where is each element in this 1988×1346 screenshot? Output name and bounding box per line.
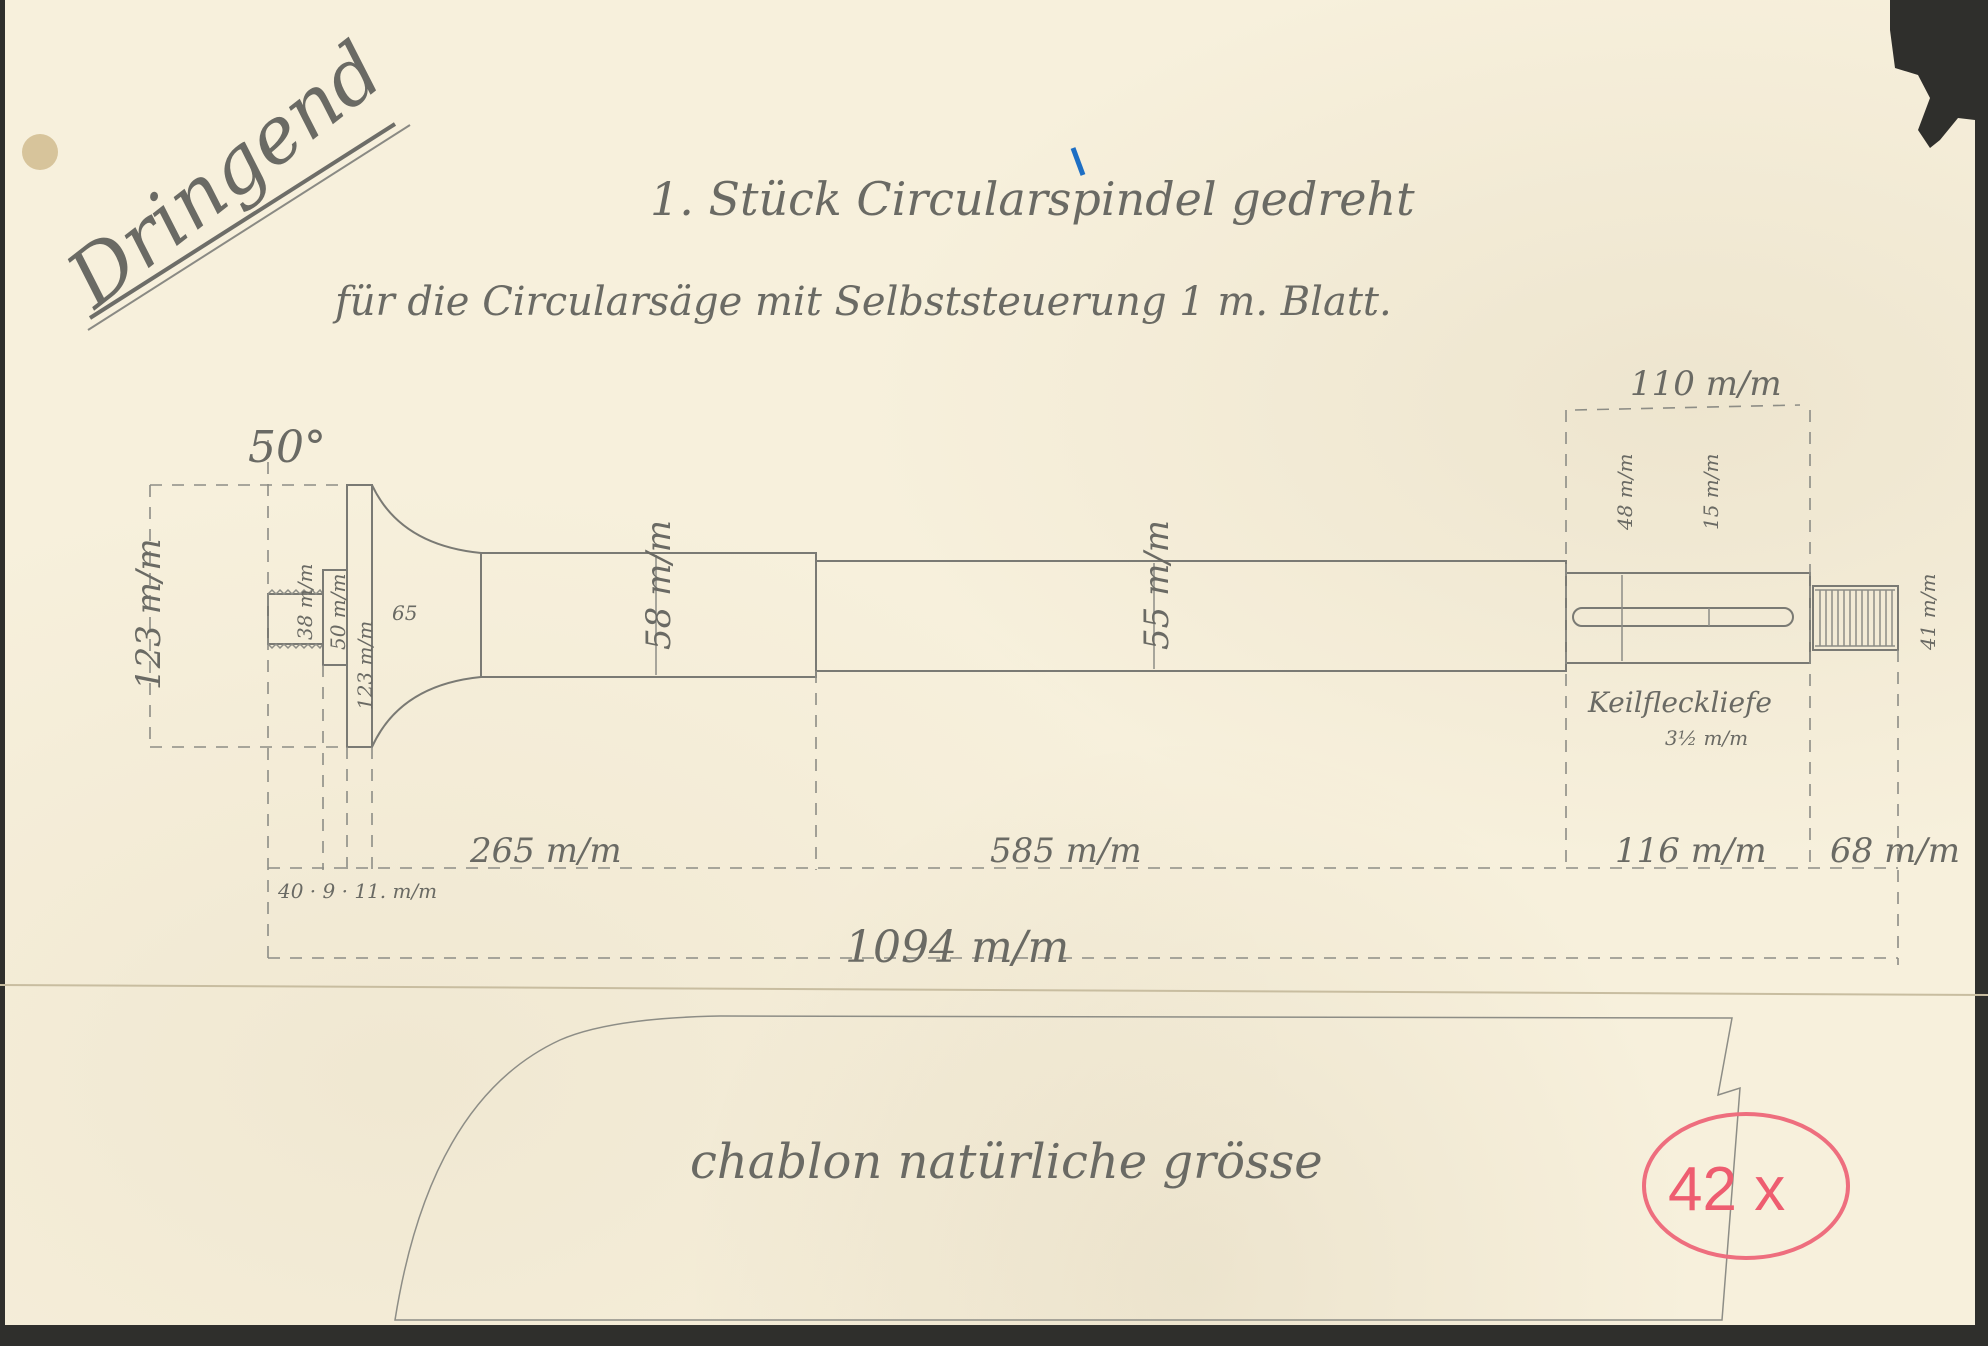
- left-edge-shadow: [0, 0, 5, 1346]
- angle-label: 50°: [248, 422, 326, 473]
- keyway-depth-label: 3½ m/m: [1665, 726, 1748, 750]
- total-length-label: 1094 m/m: [845, 922, 1069, 973]
- torn-corner-top-right: [1890, 0, 1988, 148]
- keyway-slot: [1573, 608, 1793, 626]
- stamp-number: 42 x: [1668, 1155, 1785, 1224]
- right-edge-shadow: [1975, 0, 1988, 1346]
- archive-stamp: 42 x: [1644, 1114, 1848, 1258]
- flange-height-label: 123 m/m: [129, 538, 169, 690]
- length-116-label: 116 m/m: [1615, 831, 1767, 871]
- thread-end-dia-label: 41 m/m: [1916, 574, 1940, 651]
- neck-bottom-curve: [372, 677, 481, 747]
- neck-dia-label: 65: [392, 601, 417, 625]
- hub-dia-label: 50 m/m: [326, 574, 350, 650]
- flange-inner-label: 123 m/m: [353, 621, 377, 710]
- section-55-label: 55 m/m: [1137, 520, 1177, 650]
- thread-dia-label: 38 m/m: [293, 564, 317, 640]
- length-265-label: 265 m/m: [469, 831, 622, 871]
- keyway-note-label: Keilfleckliefe: [1587, 686, 1772, 719]
- blue-mark: [1073, 148, 1083, 175]
- keyway-dia-label: 48 m/m: [1613, 454, 1637, 531]
- technical-drawing: Dringend 1. Stück Circularspindel gedreh…: [0, 0, 1988, 1346]
- length-68-label: 68 m/m: [1830, 831, 1960, 871]
- length-585-label: 585 m/m: [990, 831, 1142, 871]
- keyway-width-label: 15 m/m: [1699, 454, 1723, 530]
- bottom-edge-shadow: [0, 1325, 1988, 1346]
- keyway-section: [1566, 573, 1810, 663]
- drawing-sheet: Dringend 1. Stück Circularspindel gedreh…: [0, 0, 1988, 1346]
- small-lengths-label: 40 · 9 · 11. m/m: [277, 879, 437, 903]
- keyway-length-label: 110 m/m: [1630, 364, 1782, 404]
- drawing-title: 1. Stück Circularspindel gedreht: [650, 172, 1415, 226]
- neck-top-curve: [372, 485, 481, 553]
- paper-stain: [22, 134, 58, 170]
- drawing-subtitle: für die Circularsäge mit Selbststeuerung…: [332, 279, 1392, 325]
- section-55: [816, 561, 1566, 671]
- section-58-label: 58 m/m: [639, 520, 679, 650]
- template-label: chablon natürliche grösse: [690, 1134, 1323, 1190]
